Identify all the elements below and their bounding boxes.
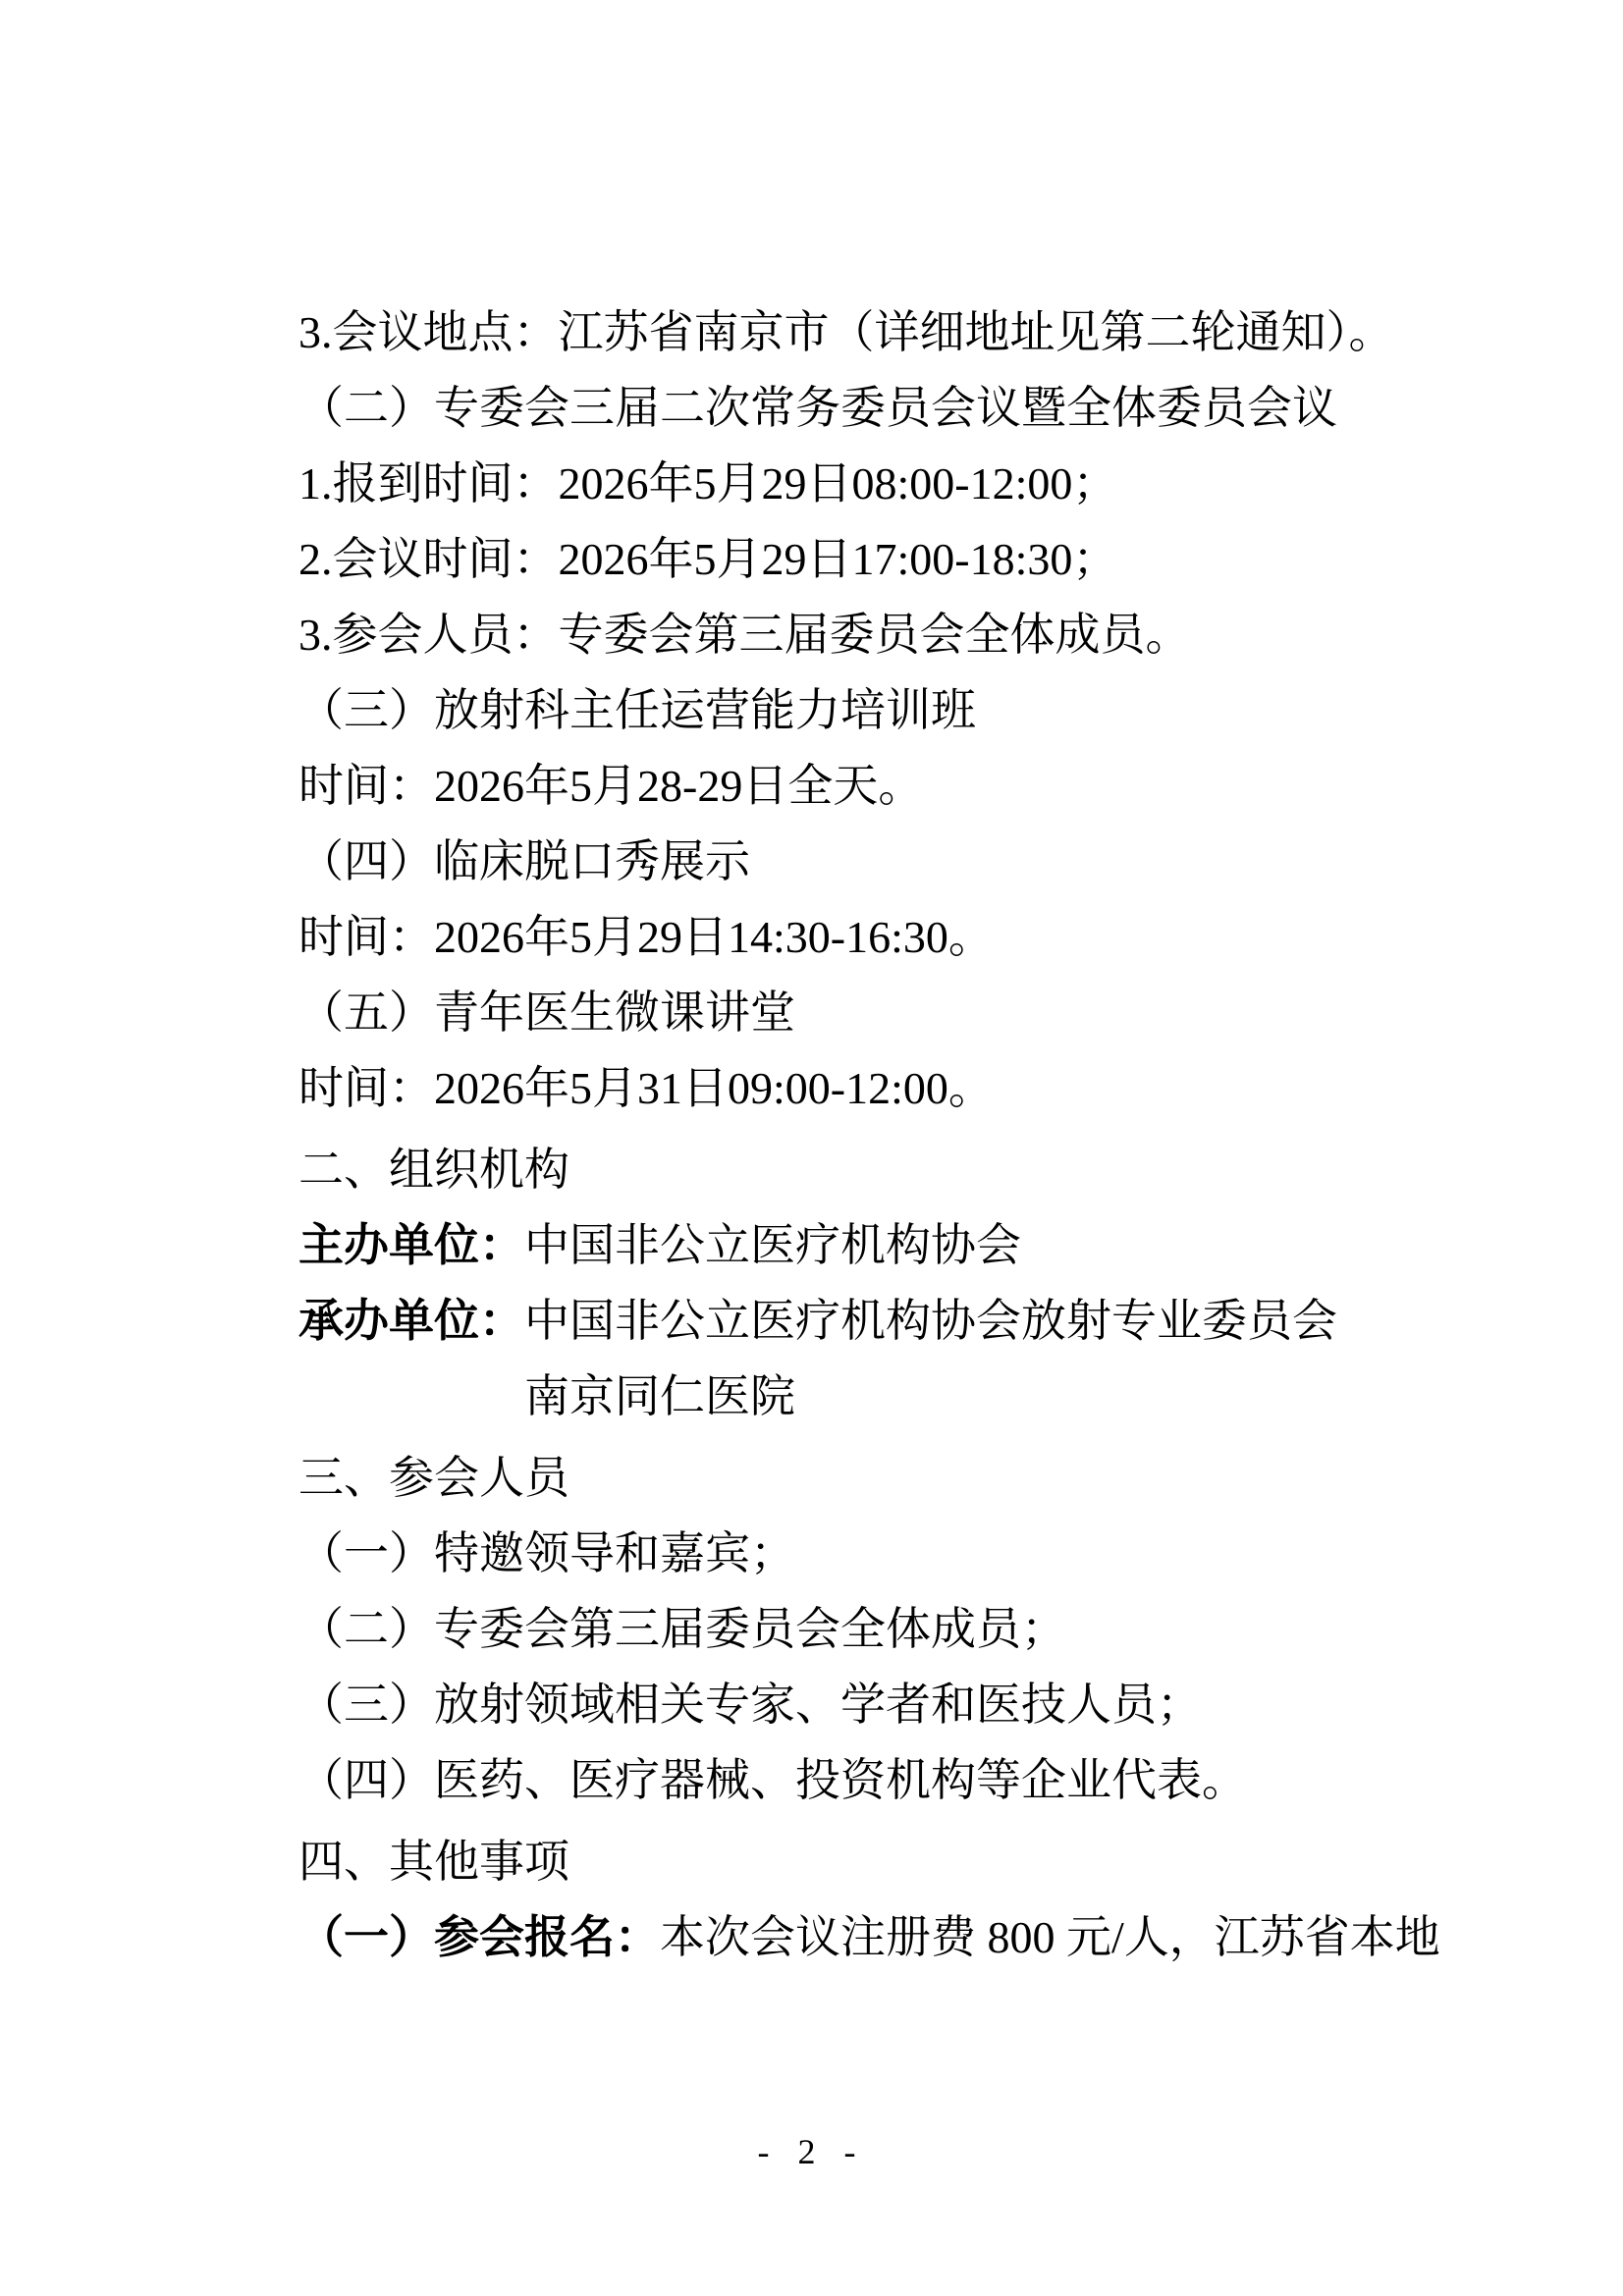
section-heading-organization: 二、组织机构 (208, 1132, 1445, 1207)
paragraph-attendees: 3.参会人员：专委会第三届委员会全体成员。 (208, 597, 1445, 672)
page-number: - 2 - (0, 2130, 1623, 2173)
section-heading-other-matters: 四、其他事项 (208, 1824, 1445, 1899)
registration-label: （一）参会报名： (298, 1912, 660, 1962)
subsection-heading-4: （四）临床脱口秀展示 (208, 824, 1445, 899)
organizer-unit-name: 中国非公立医疗机构协会放射专业委员会 (524, 1296, 1337, 1346)
paragraph-lecture-time: 时间：2026年5月31日09:00-12:00。 (208, 1050, 1445, 1126)
paragraph-participants-3: （三）放射领域相关专家、学者和医技人员； (208, 1667, 1445, 1742)
subsection-heading-2: （二）专委会三届二次常务委员会议暨全体委员会议 (208, 370, 1445, 446)
paragraph-training-time: 时间：2026年5月28-29日全天。 (208, 748, 1445, 824)
paragraph-participants-4: （四）医药、医疗器械、投资机构等企业代表。 (208, 1742, 1445, 1818)
paragraph-host-unit: 主办单位：中国非公立医疗机构协会 (208, 1207, 1445, 1283)
paragraph-organizer-hospital: 南京同仁医院 (208, 1359, 1445, 1434)
paragraph-meeting-time: 2.会议时间：2026年5月29日17:00-18:30； (208, 521, 1445, 597)
paragraph-participants-2: （二）专委会第三届委员会全体成员； (208, 1591, 1445, 1667)
document-page: 3.会议地点：江苏省南京市（详细地址见第二轮通知）。 （二）专委会三届二次常务委… (0, 0, 1623, 2296)
paragraph-show-time: 时间：2026年5月29日14:30-16:30。 (208, 899, 1445, 975)
subsection-heading-5: （五）青年医生微课讲堂 (208, 975, 1445, 1050)
paragraph-meeting-location: 3.会议地点：江苏省南京市（详细地址见第二轮通知）。 (208, 294, 1445, 370)
host-unit-name: 中国非公立医疗机构协会 (524, 1220, 1021, 1270)
section-heading-participants: 三、参会人员 (208, 1440, 1445, 1516)
paragraph-participants-1: （一）特邀领导和嘉宾； (208, 1516, 1445, 1591)
document-body: 3.会议地点：江苏省南京市（详细地址见第二轮通知）。 （二）专委会三届二次常务委… (208, 294, 1445, 1975)
paragraph-checkin-time: 1.报到时间：2026年5月29日08:00-12:00； (208, 446, 1445, 521)
paragraph-registration: （一）参会报名：本次会议注册费 800 元/人，江苏省本地 (208, 1899, 1445, 1975)
paragraph-organizer-unit: 承办单位：中国非公立医疗机构协会放射专业委员会 (208, 1283, 1445, 1359)
host-unit-label: 主办单位： (298, 1220, 524, 1270)
organizer-unit-label: 承办单位： (298, 1296, 524, 1346)
registration-text: 本次会议注册费 800 元/人，江苏省本地 (660, 1912, 1440, 1962)
subsection-heading-3: （三）放射科主任运营能力培训班 (208, 672, 1445, 748)
